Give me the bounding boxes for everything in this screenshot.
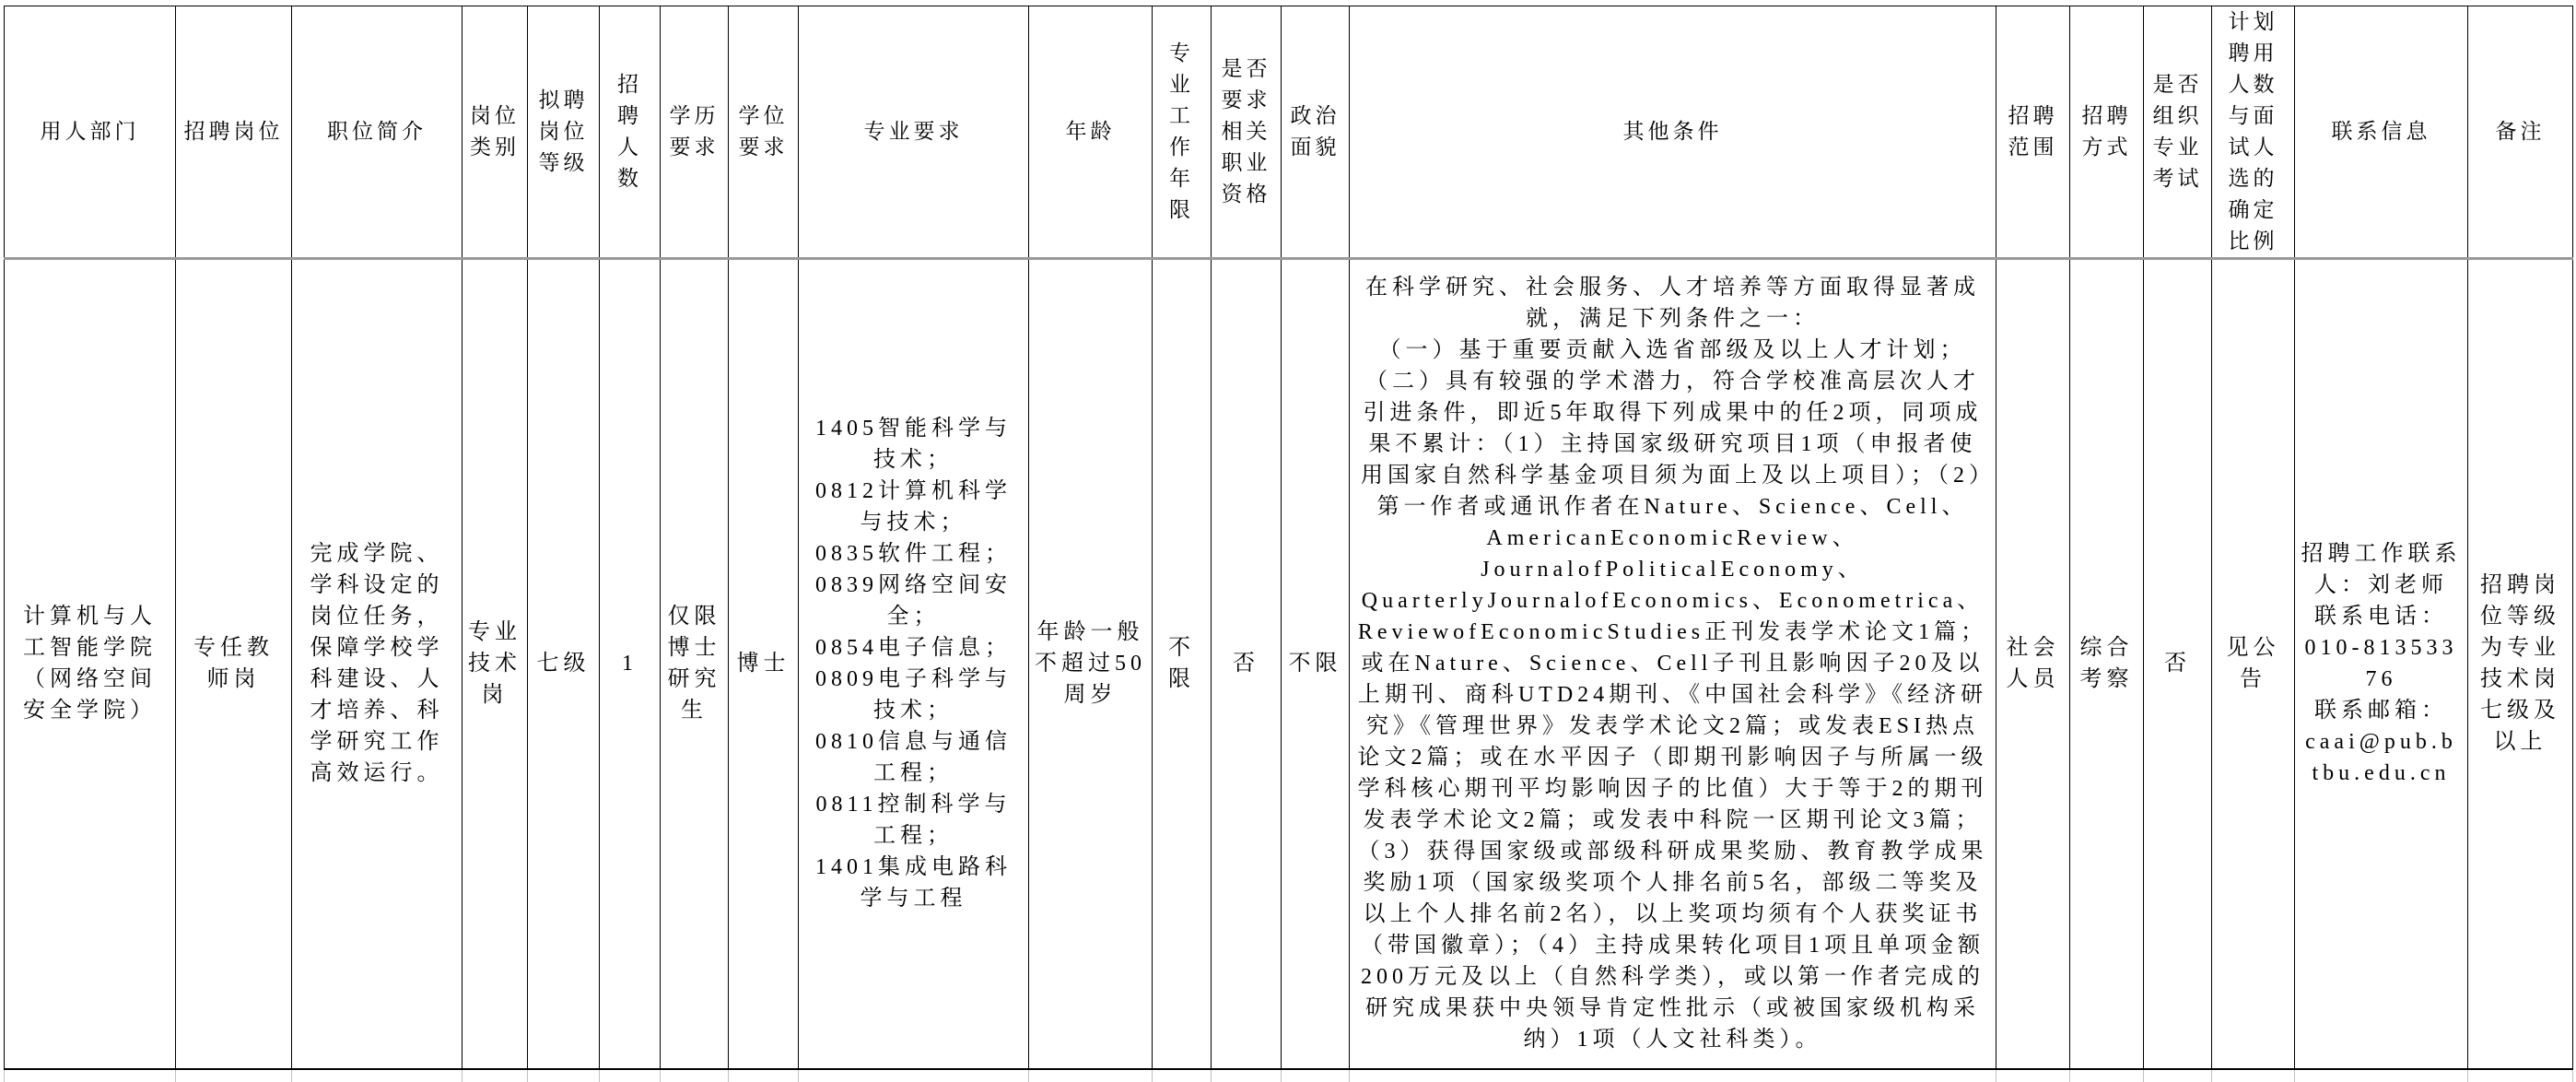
col-header-contact: 联系信息 <box>2295 6 2468 259</box>
cell-professional-exam: 否 <box>2144 259 2212 1024</box>
col-header-post-intro: 职位简介 <box>292 6 463 259</box>
col-header-remarks: 备注 <box>2468 6 2573 259</box>
cell-recruit-scope: 社会人员 <box>1996 259 2070 1024</box>
cell-vocational-qualification: 否 <box>1212 259 1282 1024</box>
col-header-education: 学历要求 <box>661 6 729 259</box>
cell-post-intro: 完成学院、学科设定的岗位任务，保障学校学科建设、人才培养、科学研究工作高效运行。 <box>292 259 463 1024</box>
job-posting-table: 用人部门 招聘岗位 职位简介 岗位类别 拟聘岗位等级 招聘人数 学历要求 学位要… <box>4 6 2573 1023</box>
cell-headcount: 1 <box>600 259 661 1024</box>
col-header-work-years: 专业工作年限 <box>1153 6 1212 259</box>
job-row: 计算机与人工智能学院（网络空间安全学院） 专任教师岗 完成学院、学科设定的岗位任… <box>5 259 2573 1024</box>
cell-post: 专任教师岗 <box>176 259 292 1024</box>
col-header-post-level: 拟聘岗位等级 <box>528 6 600 259</box>
cell-recruit-method: 综合考察 <box>2070 259 2144 1024</box>
cell-political-status: 不限 <box>1282 259 1350 1024</box>
col-header-post-category: 岗位类别 <box>463 6 528 259</box>
col-header-post: 招聘岗位 <box>176 6 292 259</box>
col-header-age: 年龄 <box>1029 6 1153 259</box>
cell-department: 计算机与人工智能学院（网络空间安全学院） <box>5 259 176 1024</box>
col-header-recruit-method: 招聘方式 <box>2070 6 2144 259</box>
cell-remarks: 招聘岗位等级为专业技术岗七级及以上 <box>2468 259 2573 1024</box>
col-header-department: 用人部门 <box>5 6 176 259</box>
col-header-interview-ratio: 计划聘用人数与面试人选的确定比例 <box>2212 6 2295 259</box>
col-header-recruit-scope: 招聘范围 <box>1996 6 2070 259</box>
cell-education: 仅限博士研究生 <box>661 259 729 1024</box>
cell-interview-ratio: 见公告 <box>2212 259 2295 1024</box>
col-header-other-conditions: 其他条件 <box>1350 6 1996 259</box>
col-header-majors: 专业要求 <box>799 6 1029 259</box>
cell-post-category: 专业技术岗 <box>463 259 528 1024</box>
col-header-political-status: 政治面貌 <box>1282 6 1350 259</box>
col-header-professional-exam: 是否组织专业考试 <box>2144 6 2212 259</box>
col-header-headcount: 招聘人数 <box>600 6 661 259</box>
col-header-vocational-qualification: 是否要求相关职业资格 <box>1212 6 1282 259</box>
cell-post-level: 七级 <box>528 259 600 1024</box>
cell-other-conditions: 在科学研究、社会服务、人才培养等方面取得显著成就，满足下列条件之一： （一）基于… <box>1350 259 1996 1024</box>
cell-contact: 招聘工作联系人：刘老师 联系电话： 010-81353376 联系邮箱： caa… <box>2295 259 2468 1024</box>
cell-majors: 1405智能科学与技术； 0812计算机科学与技术； 0835软件工程； 083… <box>799 259 1029 1024</box>
cell-work-years: 不限 <box>1153 259 1212 1024</box>
cell-age: 年龄一般不超过50周岁 <box>1029 259 1153 1024</box>
cell-degree: 博士 <box>729 259 799 1024</box>
header-row: 用人部门 招聘岗位 职位简介 岗位类别 拟聘岗位等级 招聘人数 学历要求 学位要… <box>5 6 2573 259</box>
col-header-degree: 学位要求 <box>729 6 799 259</box>
recruitment-table: 用人部门 招聘岗位 职位简介 岗位类别 拟聘岗位等级 招聘人数 学历要求 学位要… <box>4 6 2572 1023</box>
